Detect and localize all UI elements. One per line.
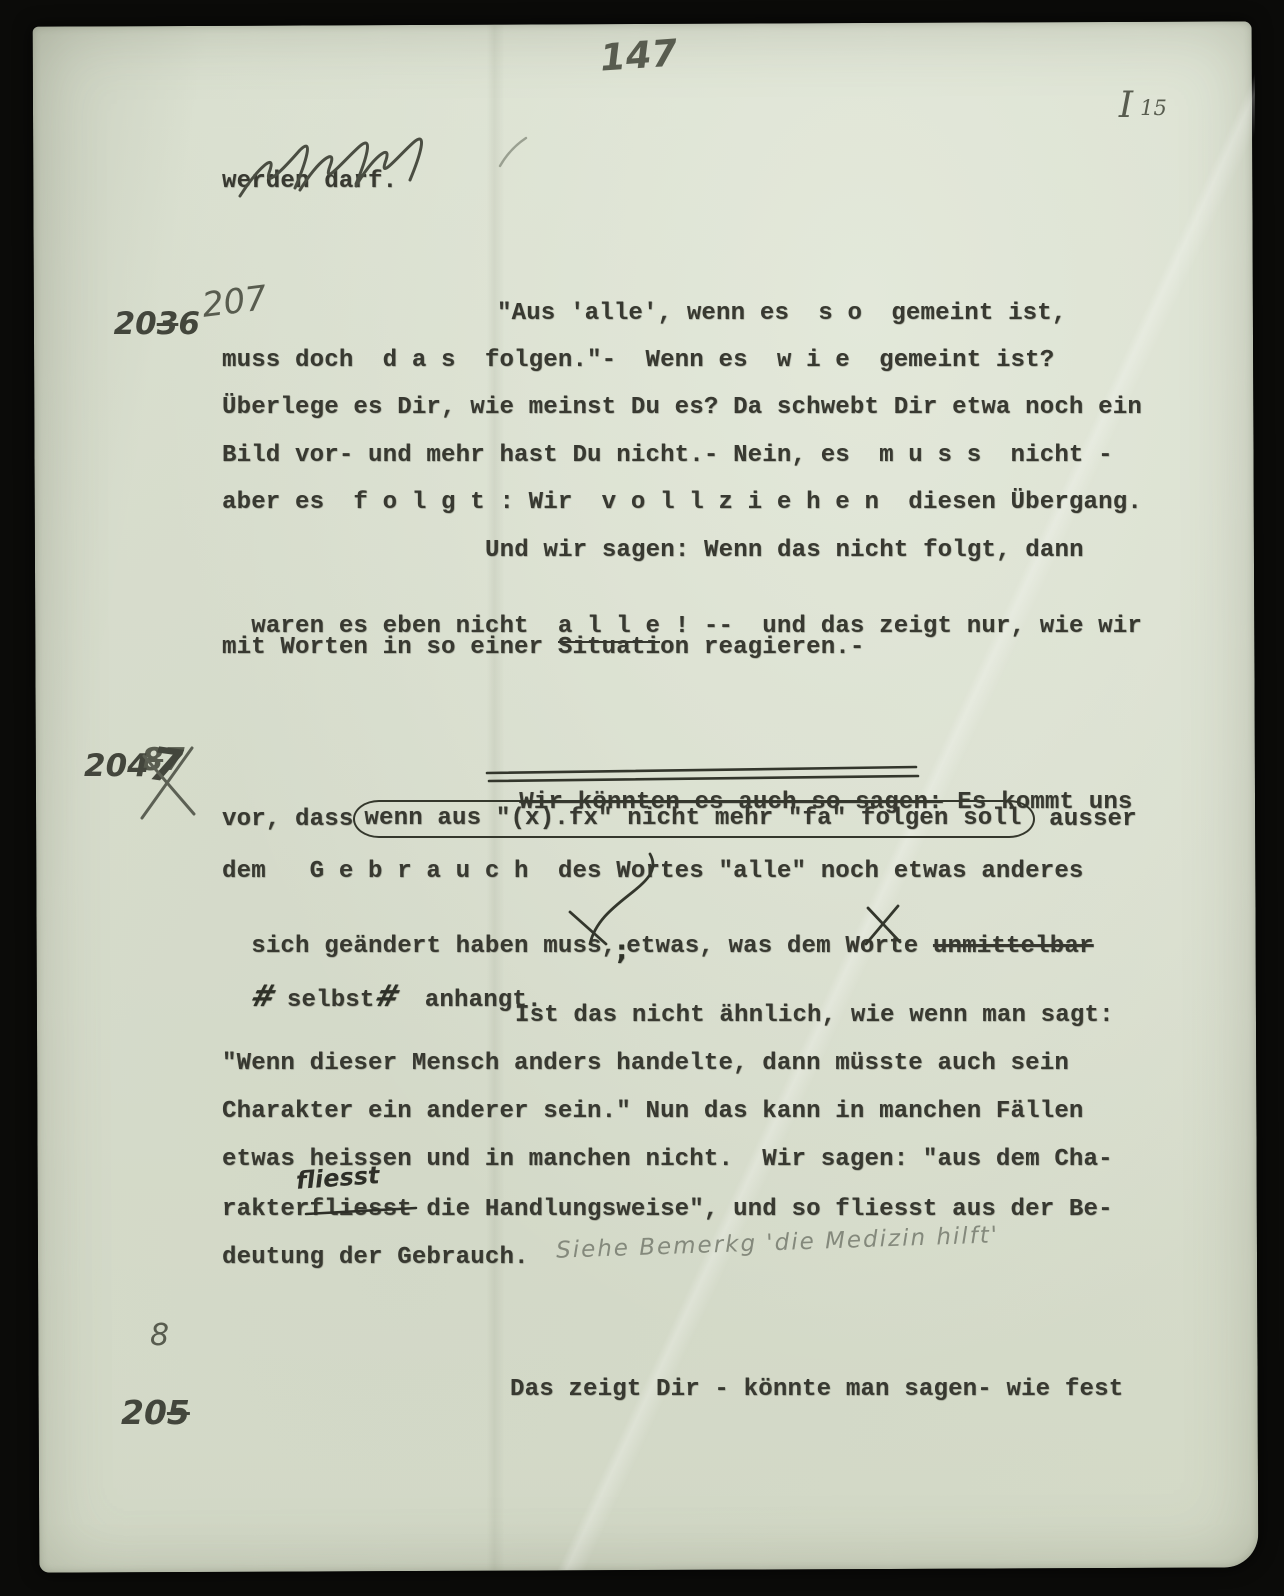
margin-digits: 20	[121, 1393, 167, 1432]
margin-number-207-pencil: 207	[200, 278, 269, 326]
typescript-carryover-line: werden darf.	[222, 168, 397, 195]
typescript-line: dem G e b r a u c h des Wortes "alle" no…	[222, 858, 1084, 885]
typescript-line: "Wenn dieser Mensch anders handelte, dan…	[222, 1050, 1069, 1077]
page-number: 147	[599, 31, 679, 79]
typescript-line: Ist das nicht ähnlich, wie wenn man sagt…	[515, 1002, 1114, 1029]
typescript-line: rakterfliesst die Handlungsweise", und s…	[222, 1196, 1113, 1223]
folio-numeral: I	[1119, 85, 1133, 126]
typescript-line: Charakter ein anderer sein." Nun das kan…	[222, 1098, 1084, 1125]
typescript-line: mit Worten in so einer Situation reagier…	[222, 634, 865, 661]
typescript-line: Überlege es Dir, wie meinst Du es? Da sc…	[222, 394, 1142, 421]
inserted-semicolon: ;	[616, 935, 626, 966]
typescript-line: "Aus 'alle', wenn es s o gemeint ist,	[497, 300, 1067, 327]
typescript-line-underlined-alle: waren es eben nicht a l l e ! -- und das…	[222, 586, 1142, 640]
margin-digit-struck: 3	[157, 306, 179, 342]
typescript-line: Und wir sagen: Wenn das nicht folgt, dan…	[485, 537, 1084, 564]
margin-number-8-pencil: 8	[150, 1318, 169, 1353]
folio-mark: I15	[1096, 44, 1167, 126]
typescript-line: aber es f o l g t : Wir v o l l z i e h …	[222, 489, 1142, 516]
margin-digit-struck: 5	[167, 1393, 190, 1432]
typescript-line: deutung der Gebrauch.	[222, 1244, 529, 1271]
handwritten-fliesst-correction: fliesst	[295, 1161, 380, 1195]
line-segment: vor, dass	[222, 806, 353, 833]
circled-formula: wenn aus "(x).fx" nicht mehr "fa" folgen…	[353, 800, 1034, 838]
margin-digits: 6	[178, 306, 200, 342]
line-segment: selbst	[272, 987, 374, 1014]
folio-number: 15	[1140, 96, 1167, 120]
typescript-line-hash-marks: # selbst# anhangt.	[222, 952, 542, 1014]
margin-number-204: 204	[84, 748, 149, 784]
margin-number-208: 205	[98, 1354, 190, 1432]
scanned-typescript: { "document": { "page_number": "147", "f…	[0, 0, 1284, 1596]
margin-number-206: 2036	[92, 270, 200, 342]
line-segment: ausser	[1035, 806, 1137, 833]
line-segment: etwas, was dem Worte	[626, 933, 933, 960]
struck-word-unmittelbar: unmittelbar	[933, 933, 1094, 960]
typescript-line: muss doch d a s folgen."- Wenn es w i e …	[222, 347, 1054, 374]
margin-digits: 20	[114, 306, 157, 342]
typescript-line: Bild vor- und mehr hast Du nicht.- Nein,…	[222, 442, 1113, 469]
typescript-line-circled-formula: vor, dasswenn aus "(x).fx" nicht mehr "f…	[222, 800, 1137, 838]
typescript-line: Das zeigt Dir - könnte man sagen- wie fe…	[510, 1376, 1123, 1403]
